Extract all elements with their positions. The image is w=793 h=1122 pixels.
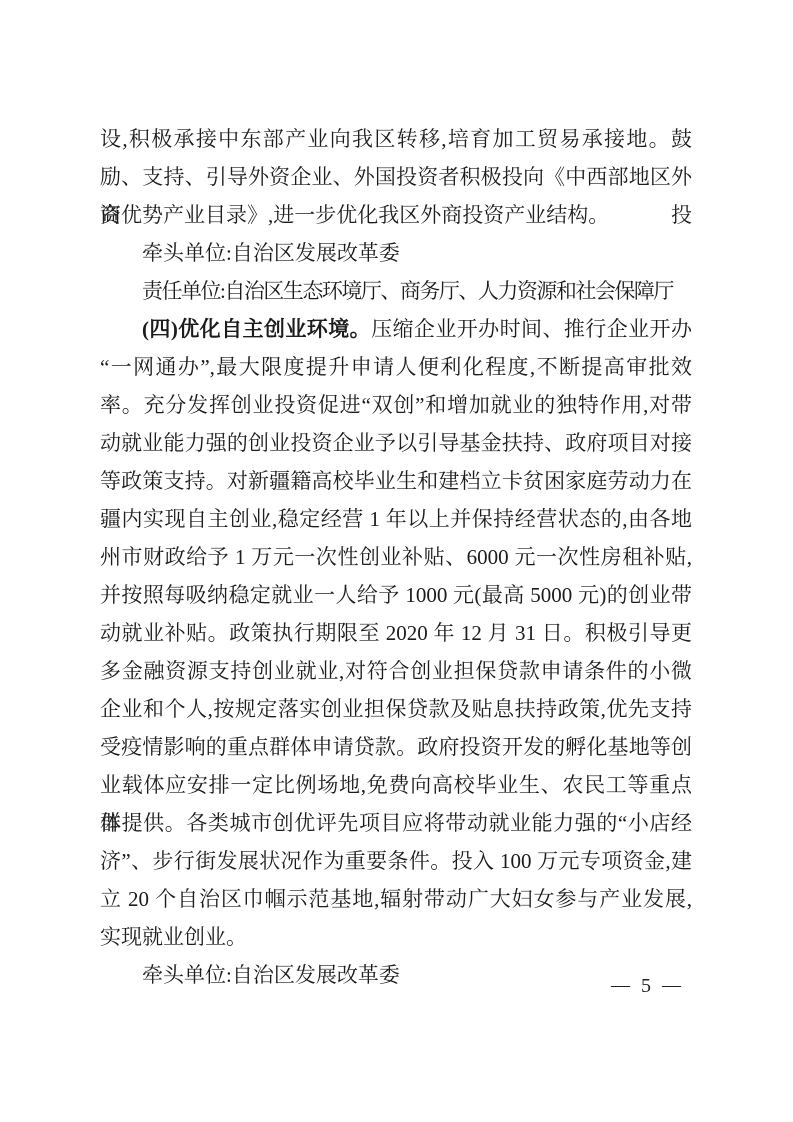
page-number: 5 <box>641 974 651 998</box>
section-heading: (四)优化自主创业环境。 <box>142 317 371 341</box>
text-line: 等政策支持。对新疆籍高校毕业生和建档立卡贫困家庭劳动力在 <box>100 462 692 500</box>
document-page: 设,积极承接中东部产业向我区转移,培育加工贸易承接地。鼓 励、支持、引导外资企业… <box>0 0 793 1122</box>
text-line: 设,积极承接中东部产业向我区转移,培育加工贸易承接地。鼓 <box>100 120 692 158</box>
text-line: 州市财政给予 1 万元一次性创业补贴、6000 元一次性房租补贴, <box>100 538 692 576</box>
responsible-unit-line: 责任单位:自治区生态环境厅、商务厅、人力资源和社会保障厅 <box>100 272 692 310</box>
text-line: 多金融资源支持创业就业,对符合创业担保贷款申请条件的小微 <box>100 652 692 690</box>
text-line: 体提供。各类城市创优评先项目应将带动就业能力强的“小店经 <box>100 804 692 842</box>
text-line: 率。充分发挥创业投资促进“双创”和增加就业的独特作用,对带 <box>100 386 692 424</box>
text-line: 立 20 个自治区巾帼示范基地,辐射带动广大妇女参与产业发展, <box>100 880 692 918</box>
text-run: 压缩企业开办时间、推行企业开办 <box>371 317 692 341</box>
text-line: 资优势产业目录》,进一步优化我区外商投资产业结构。 <box>100 196 692 234</box>
text-line: 动就业能力强的创业投资企业予以引导基金扶持、政府项目对接 <box>100 424 692 462</box>
text-line: 并按照每吸纳稳定就业一人给予 1000 元(最高 5000 元)的创业带 <box>100 576 692 614</box>
text-line: 动就业补贴。政策执行期限至 2020 年 12 月 31 日。积极引导更 <box>100 614 692 652</box>
lead-unit-line: 牵头单位:自治区发展改革委 <box>100 956 692 994</box>
text-line: 实现就业创业。 <box>100 918 692 956</box>
text-line: 受疫情影响的重点群体申请贷款。政府投资开发的孵化基地等创 <box>100 728 692 766</box>
text-line: 疆内实现自主创业,稳定经营 1 年以上并保持经营状态的,由各地 <box>100 500 692 538</box>
footer-dash-right: — <box>662 974 681 998</box>
text-line: 励、支持、引导外资企业、外国投资者积极投向《中西部地区外商投 <box>100 158 692 196</box>
lead-unit-line: 牵头单位:自治区发展改革委 <box>100 234 692 272</box>
text-line: 业载体应安排一定比例场地,免费向高校毕业生、农民工等重点群 <box>100 766 692 804</box>
document-body: 设,积极承接中东部产业向我区转移,培育加工贸易承接地。鼓 励、支持、引导外资企业… <box>100 120 692 994</box>
text-line: 济”、步行街发展状况作为重要条件。投入 100 万元专项资金,建 <box>100 842 692 880</box>
text-line: “一网通办”,最大限度提升申请人便利化程度,不断提高审批效 <box>100 348 692 386</box>
text-line: 企业和个人,按规定落实创业担保贷款及贴息扶持政策,优先支持 <box>100 690 692 728</box>
page-footer: — 5 — <box>611 974 681 998</box>
footer-dash-left: — <box>611 974 630 998</box>
section-heading-line: (四)优化自主创业环境。压缩企业开办时间、推行企业开办 <box>100 310 692 348</box>
